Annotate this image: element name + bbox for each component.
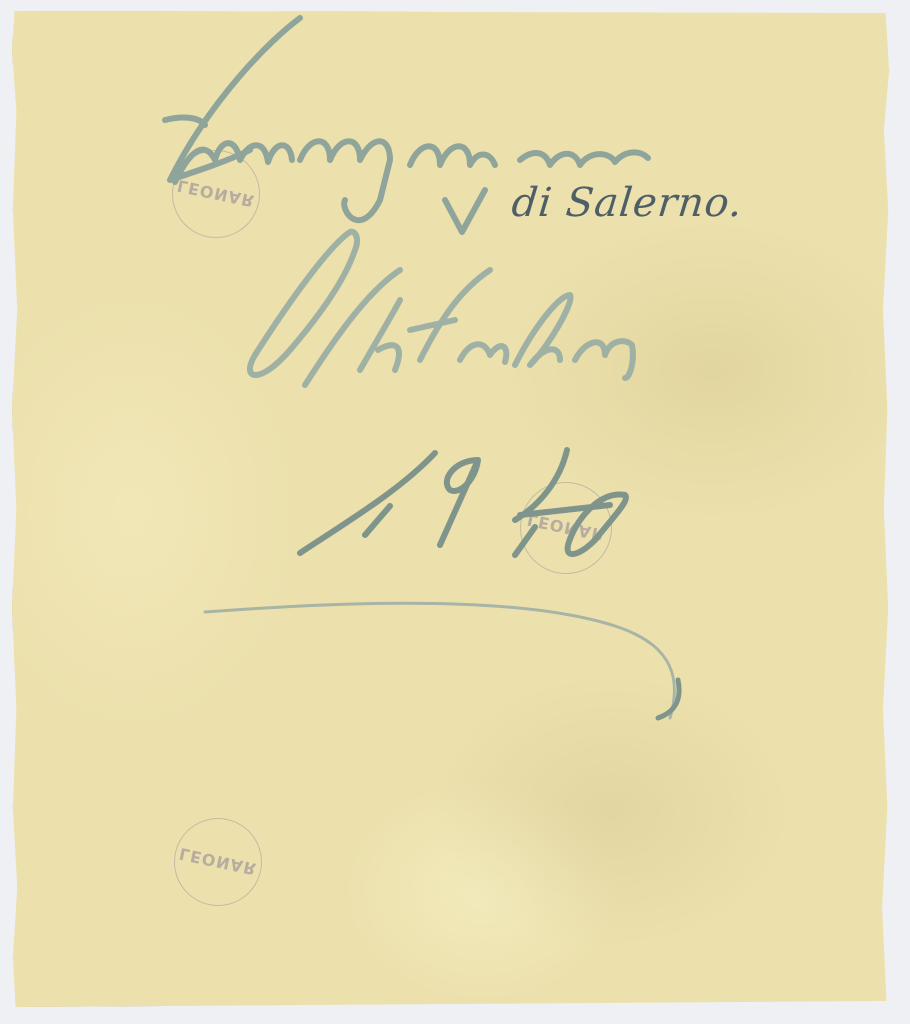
handwriting-layer <box>0 0 910 1024</box>
handwriting-year <box>300 450 626 555</box>
handwriting-month <box>250 232 633 385</box>
handwriting-arc <box>205 603 674 718</box>
handwriting-province: di Salerno. <box>510 180 746 226</box>
